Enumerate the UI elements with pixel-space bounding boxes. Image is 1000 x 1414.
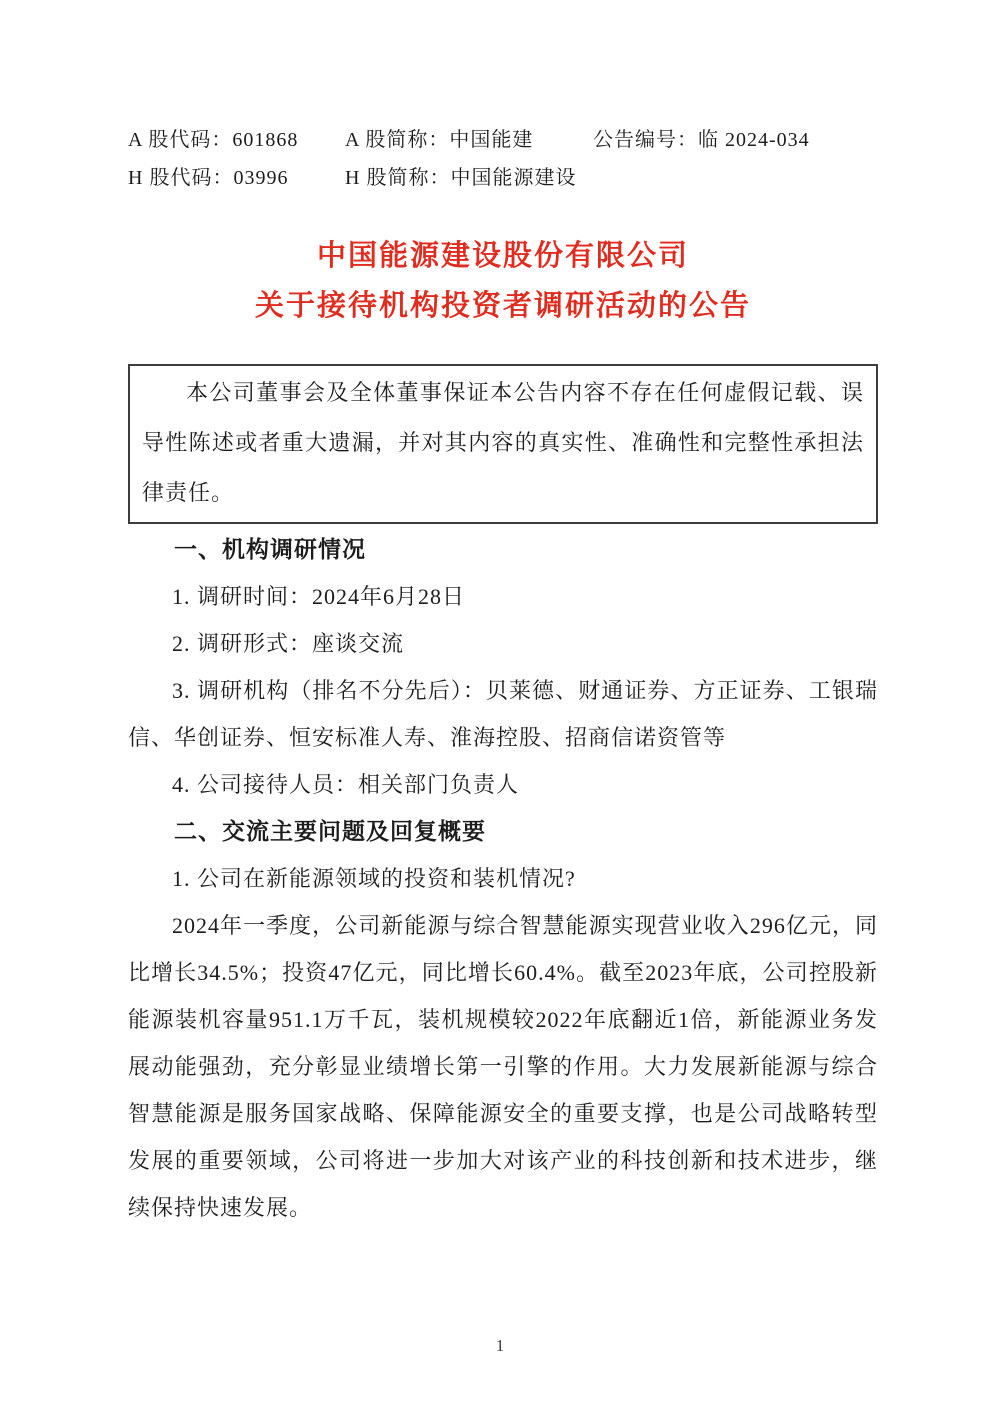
a-share-name: A 股简称：中国能建 <box>345 121 593 159</box>
section-1-heading: 一、机构调研情况 <box>128 526 878 573</box>
stock-code-row-a: A 股代码：601868 A 股简称：中国能建 公告编号：临 2024-034 <box>128 121 878 159</box>
disclaimer-box: 本公司董事会及全体董事保证本公告内容不存在任何虚假记载、误导性陈述或者重大遗漏，… <box>128 364 878 524</box>
announcement-number: 公告编号：临 2024-034 <box>593 121 878 159</box>
company-reception-item: 4. 公司接待人员：相关部门负责人 <box>128 761 878 808</box>
answer-1: 2024年一季度，公司新能源与综合智慧能源实现营业收入296亿元，同比增长34.… <box>128 902 878 1231</box>
section-2-heading: 二、交流主要问题及回复概要 <box>128 808 878 855</box>
research-format-item: 2. 调研形式：座谈交流 <box>128 620 878 667</box>
stock-code-header: A 股代码：601868 A 股简称：中国能建 公告编号：临 2024-034 … <box>128 121 878 197</box>
header-spacer <box>593 159 878 197</box>
question-1: 1. 公司在新能源领域的投资和装机情况? <box>128 855 878 902</box>
h-share-name: H 股简称：中国能源建设 <box>345 159 593 197</box>
a-share-code: A 股代码：601868 <box>128 121 345 159</box>
disclaimer-text: 本公司董事会及全体董事保证本公告内容不存在任何虚假记载、误导性陈述或者重大遗漏，… <box>142 368 864 518</box>
stock-code-row-h: H 股代码：03996 H 股简称：中国能源建设 <box>128 159 878 197</box>
document-body: 一、机构调研情况 1. 调研时间：2024年6月28日 2. 调研形式：座谈交流… <box>128 526 878 1231</box>
research-time-item: 1. 调研时间：2024年6月28日 <box>128 573 878 620</box>
document-title: 中国能源建设股份有限公司 关于接待机构投资者调研活动的公告 <box>128 231 878 331</box>
announcement-subject-title: 关于接待机构投资者调研活动的公告 <box>128 281 878 331</box>
document-page: A 股代码：601868 A 股简称：中国能建 公告编号：临 2024-034 … <box>0 0 1000 1414</box>
h-share-code: H 股代码：03996 <box>128 159 345 197</box>
page-number: 1 <box>0 1336 1000 1356</box>
company-name-title: 中国能源建设股份有限公司 <box>128 231 878 281</box>
research-institutions-item: 3. 调研机构（排名不分先后）：贝莱德、财通证券、方正证券、工银瑞信、华创证券、… <box>128 667 878 761</box>
